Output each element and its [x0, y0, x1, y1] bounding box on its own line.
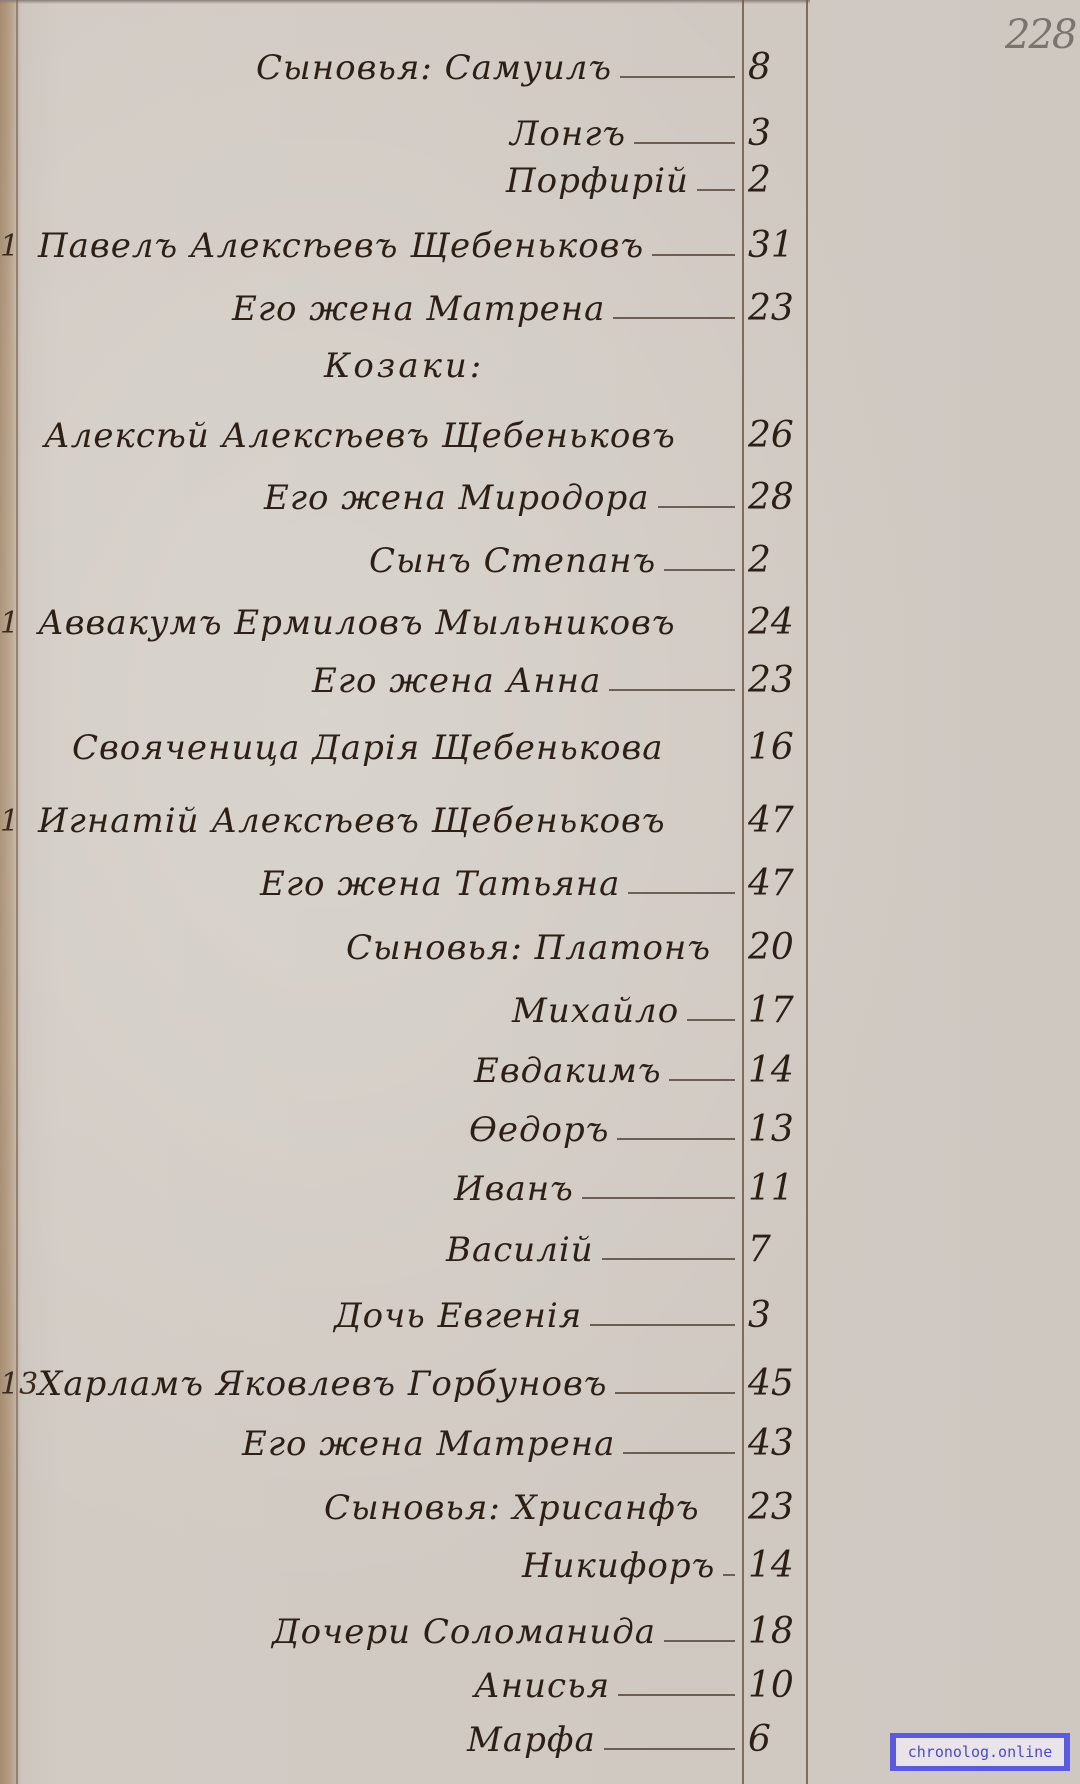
age-value: 23 [748, 288, 800, 329]
age-value: 47 [748, 863, 800, 904]
person-name: Михайло [512, 991, 679, 1031]
person-name: Василiй [446, 1230, 594, 1270]
register-row: Сыновья: Самуилъ8 [0, 42, 810, 92]
person-name: Дочери Соломанида [272, 1612, 656, 1652]
register-row: 1Игнатiй Алексѣевъ Щебеньковъ47 [0, 795, 810, 845]
person-name: Иванъ [454, 1169, 574, 1209]
register-row: Лонгъ3 [0, 108, 810, 158]
age-value: 20 [748, 927, 800, 968]
register-row: Его жена Матрена23 [0, 283, 810, 333]
register-row: Его жена Анна23 [0, 655, 810, 705]
register-row: Дочери Соломанида18 [0, 1606, 810, 1656]
age-value: 14 [748, 1050, 800, 1091]
age-value: 28 [748, 477, 800, 518]
entry-number: 1 [0, 606, 19, 641]
fill-dash [615, 1392, 735, 1394]
fill-dash [628, 892, 735, 894]
fill-dash [687, 1019, 735, 1021]
age-value: 8 [748, 47, 800, 88]
fill-dash [582, 1197, 735, 1199]
person-name: Сыновья: Самуилъ [256, 48, 612, 88]
register-row: 13Харламъ Яковлевъ Горбуновъ45 [0, 1358, 810, 1408]
age-value: 7 [748, 1229, 800, 1270]
age-value: 17 [748, 990, 800, 1031]
person-name: Харламъ Яковлевъ Горбуновъ [38, 1364, 607, 1404]
fill-dash [664, 569, 735, 571]
register-row: Никифоръ14 [0, 1540, 810, 1590]
register-row: 1Аввакумъ Ермиловъ Мыльниковъ24 [0, 597, 810, 647]
age-value: 6 [748, 1719, 800, 1760]
age-value: 11 [748, 1168, 800, 1209]
register-row: Сыновья: Хрисанфъ23 [0, 1482, 810, 1532]
fill-dash [664, 1640, 735, 1642]
fill-dash [623, 1452, 735, 1454]
age-value: 14 [748, 1545, 800, 1586]
register-row: Дочь Евгенiя3 [0, 1290, 810, 1340]
person-name: Его жена Матрена [232, 289, 605, 329]
fill-dash [609, 689, 735, 691]
register-row: Евдакимъ14 [0, 1045, 810, 1095]
age-value: 31 [748, 225, 800, 266]
fill-dash [590, 1324, 735, 1326]
register-row: Марфа6 [0, 1714, 810, 1764]
age-value: 23 [748, 1487, 800, 1528]
person-name: Сынъ Степанъ [369, 541, 656, 581]
age-value: 2 [748, 540, 800, 581]
age-value: 24 [748, 602, 800, 643]
age-value: 45 [748, 1363, 800, 1404]
person-name: Аввакумъ Ермиловъ Мыльниковъ [38, 603, 676, 643]
register-row: Михайло17 [0, 985, 810, 1035]
age-value: 10 [748, 1665, 800, 1706]
register-row: Свояченица Дарiя Щебенькова16 [0, 722, 810, 772]
watermark-text: chronolog.online [896, 1738, 1064, 1766]
section-heading: Козаки: [324, 346, 484, 386]
person-name: Свояченица Дарiя Щебенькова [72, 728, 664, 768]
person-name: Евдакимъ [474, 1051, 661, 1091]
register-row: Алексѣй Алексѣевъ Щебеньковъ26 [0, 410, 810, 460]
person-name: Дочь Евгенiя [334, 1296, 582, 1336]
person-name: Анисья [474, 1666, 610, 1706]
person-name: Никифоръ [522, 1546, 715, 1586]
fill-dash [634, 142, 735, 144]
age-value: 23 [748, 660, 800, 701]
register-row: Ѳедоръ13 [0, 1104, 810, 1154]
age-value: 18 [748, 1611, 800, 1652]
entry-number: 13 [0, 1367, 38, 1402]
person-name: Сыновья: Хрисанфъ [324, 1488, 700, 1528]
person-name: Его жена Анна [312, 661, 601, 701]
person-name: Марфа [467, 1720, 596, 1760]
fill-dash [652, 254, 735, 256]
fill-dash [723, 1574, 735, 1576]
fill-dash [618, 1694, 735, 1696]
person-name: Его жена Матрена [242, 1424, 615, 1464]
fill-dash [620, 76, 735, 78]
age-value: 16 [748, 727, 800, 768]
register-row: Анисья10 [0, 1660, 810, 1710]
register-row: Его жена Матрена43 [0, 1418, 810, 1468]
person-name: Лонгъ [510, 114, 626, 154]
person-name: Ѳедоръ [469, 1110, 609, 1150]
person-name: Его жена Миродора [264, 478, 650, 518]
register-row: Иванъ11 [0, 1163, 810, 1213]
age-value: 26 [748, 415, 800, 456]
fill-dash [658, 506, 735, 508]
entry-number: 1 [0, 229, 19, 264]
person-name: Игнатiй Алексѣевъ Щебеньковъ [38, 801, 665, 841]
person-name: Павелъ Алексѣевъ Щебеньковъ [38, 226, 644, 266]
age-value: 3 [748, 113, 800, 154]
fill-dash [604, 1748, 735, 1750]
page-number: 228 [1005, 12, 1075, 58]
register-row: Сынъ Степанъ2 [0, 535, 810, 585]
register-row: Его жена Миродора28 [0, 472, 810, 522]
register-page: 228 Сыновья: Самуилъ8Лонгъ3Порфирiй21Пав… [0, 0, 1080, 1784]
watermark-badge: chronolog.online [890, 1733, 1070, 1771]
register-row: Василiй7 [0, 1224, 810, 1274]
age-value: 13 [748, 1109, 800, 1150]
fill-dash [617, 1138, 735, 1140]
age-value: 43 [748, 1423, 800, 1464]
register-row: Козаки: [0, 340, 810, 390]
entry-number: 1 [0, 804, 19, 839]
page-top-edge [0, 0, 810, 4]
age-value: 47 [748, 800, 800, 841]
register-row: 1Павелъ Алексѣевъ Щебеньковъ31 [0, 220, 810, 270]
fill-dash [613, 317, 735, 319]
person-name: Порфирiй [506, 161, 689, 201]
person-name: Сыновья: Платонъ [346, 928, 711, 968]
register-row: Сыновья: Платонъ20 [0, 922, 810, 972]
register-row: Порфирiй2 [0, 155, 810, 205]
person-name: Алексѣй Алексѣевъ Щебеньковъ [44, 416, 676, 456]
person-name: Его жена Татьяна [260, 864, 620, 904]
age-value: 2 [748, 160, 800, 201]
fill-dash [602, 1258, 735, 1260]
age-value: 3 [748, 1295, 800, 1336]
fill-dash [669, 1079, 735, 1081]
fill-dash [697, 189, 735, 191]
register-row: Его жена Татьяна47 [0, 858, 810, 908]
